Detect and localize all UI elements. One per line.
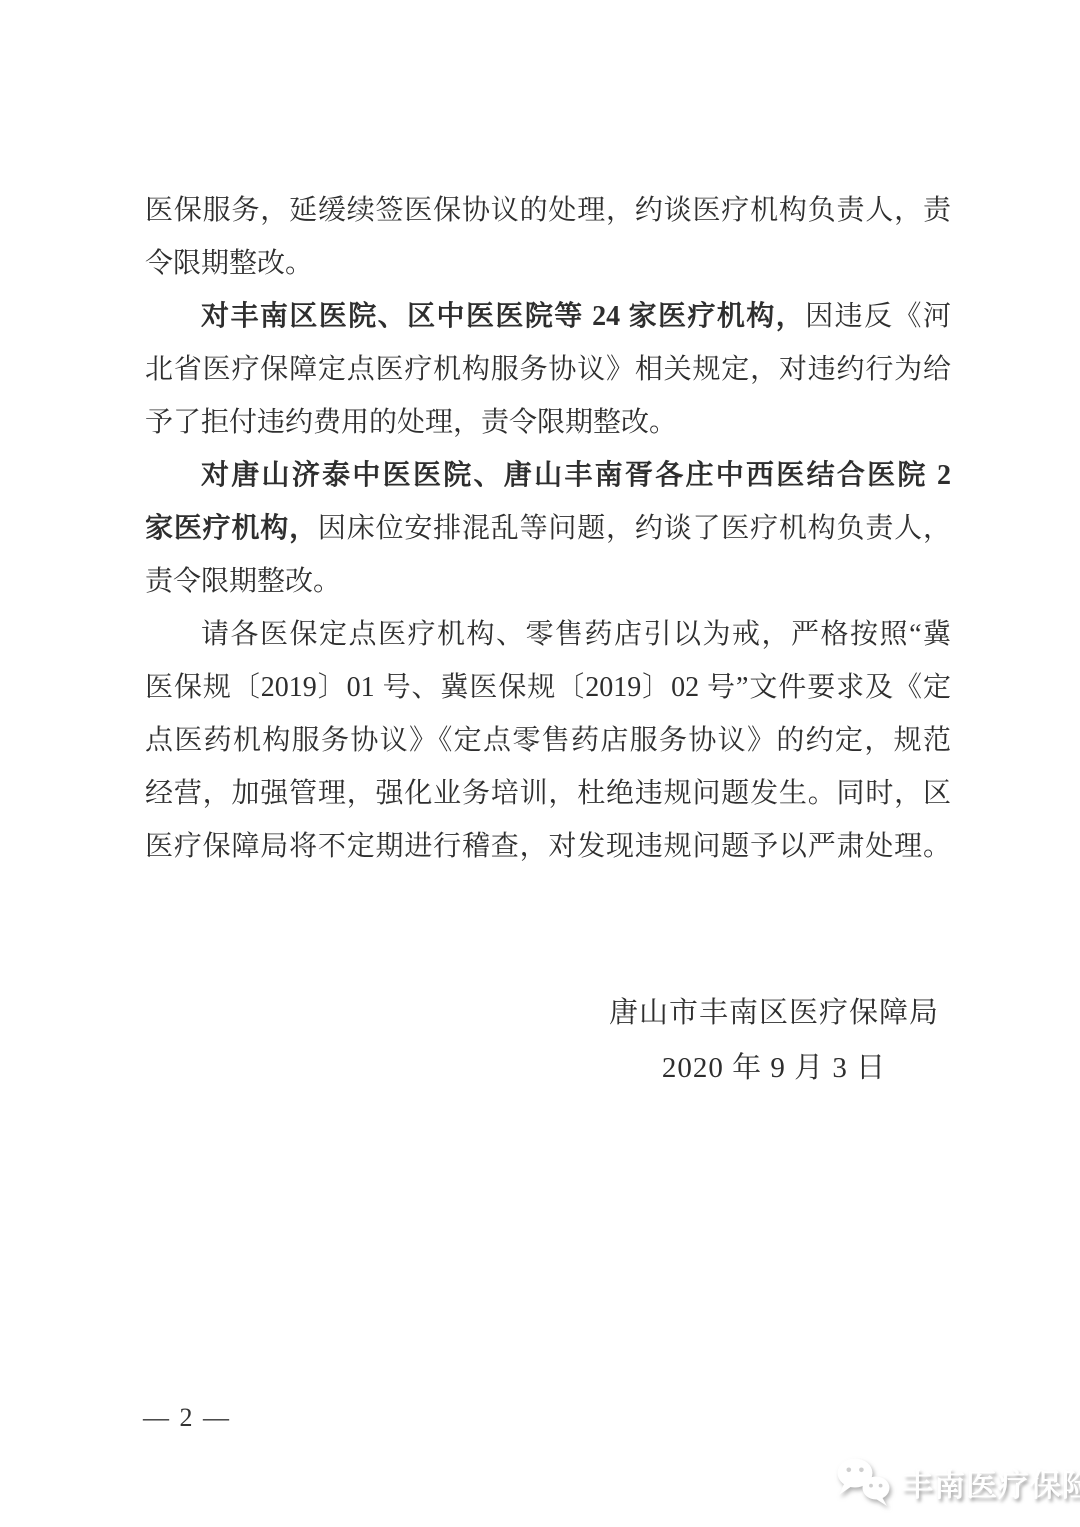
line-text: 北省医疗保障定点医疗机构服务协议》相关规定，对违约行为给 xyxy=(145,354,951,385)
line-text: 因床位安排混乱等问题，约谈了医疗机构负责人， xyxy=(318,513,951,544)
document-line: 对丰南区医院、区中医医院等 24 家医疗机构，因违反《河 xyxy=(145,290,951,343)
signature-date: 2020 年 9 月 3 日 xyxy=(234,1041,1080,1096)
line-text: 医保规〔2019〕01 号、冀医保规〔2019〕02 号”文件要求及《定 xyxy=(145,672,951,703)
document-line: 点医药机构服务协议》《定点零售药店服务协议》的约定，规范 xyxy=(145,714,951,767)
signature-block: 唐山市丰南区医疗保障局 2020 年 9 月 3 日 xyxy=(234,986,1080,1096)
document-line: 请各医保定点医疗机构、零售药店引以为戒，严格按照“冀 xyxy=(145,608,951,661)
document-line: 经营，加强管理，强化业务培训，杜绝违规问题发生。同时，区 xyxy=(145,767,951,820)
document-line: 对唐山济泰中医医院、唐山丰南胥各庄中西医结合医院 2 xyxy=(145,449,951,502)
document-line: 予了拒付违约费用的处理，责令限期整改。 xyxy=(145,396,951,449)
line-text: 医疗保障局将不定期进行稽查，对发现违规问题予以严肃处理。 xyxy=(145,831,951,862)
line-text: 请各医保定点医疗机构、零售药店引以为戒，严格按照“冀 xyxy=(201,619,951,650)
wechat-icon xyxy=(834,1456,892,1508)
line-bold-text: 家医疗机构， xyxy=(145,513,318,544)
line-text: 令限期整改。 xyxy=(145,248,313,279)
page-number: — 2 — xyxy=(143,1398,231,1438)
document-page: 医保服务，延缓续签医保协议的处理，约谈医疗机构负责人，责 令限期整改。 对丰南区… xyxy=(0,0,1080,1527)
line-text: 予了拒付违约费用的处理，责令限期整改。 xyxy=(145,407,677,438)
document-line: 医疗保障局将不定期进行稽查，对发现违规问题予以严肃处理。 xyxy=(145,820,951,873)
document-line: 家医疗机构，因床位安排混乱等问题，约谈了医疗机构负责人， xyxy=(145,502,951,555)
document-line: 令限期整改。 xyxy=(145,237,951,290)
document-line: 医保服务，延缓续签医保协议的处理，约谈医疗机构负责人，责 xyxy=(145,184,951,237)
line-text: 责令限期整改。 xyxy=(145,566,341,597)
document-line: 医保规〔2019〕01 号、冀医保规〔2019〕02 号”文件要求及《定 xyxy=(145,661,951,714)
watermark-label: 丰南医疗保险 xyxy=(902,1460,1080,1505)
line-text: 医保服务，延缓续签医保协议的处理，约谈医疗机构负责人，责 xyxy=(145,195,951,226)
signature-organization: 唐山市丰南区医疗保障局 xyxy=(234,986,1080,1041)
document-line: 责令限期整改。 xyxy=(145,555,951,608)
line-text: 因违反《河 xyxy=(805,301,951,332)
line-bold-text: 对唐山济泰中医医院、唐山丰南胥各庄中西医结合医院 2 xyxy=(201,460,951,491)
line-text: 点医药机构服务协议》《定点零售药店服务协议》的约定，规范 xyxy=(145,725,951,756)
line-bold-text: 对丰南区医院、区中医医院等 24 家医疗机构， xyxy=(201,301,805,332)
watermark: 丰南医疗保险 xyxy=(834,1456,1080,1508)
line-text: 经营，加强管理，强化业务培训，杜绝违规问题发生。同时，区 xyxy=(145,778,951,809)
document-line: 北省医疗保障定点医疗机构服务协议》相关规定，对违约行为给 xyxy=(145,343,951,396)
document-body: 医保服务，延缓续签医保协议的处理，约谈医疗机构负责人，责 令限期整改。 对丰南区… xyxy=(145,184,951,873)
